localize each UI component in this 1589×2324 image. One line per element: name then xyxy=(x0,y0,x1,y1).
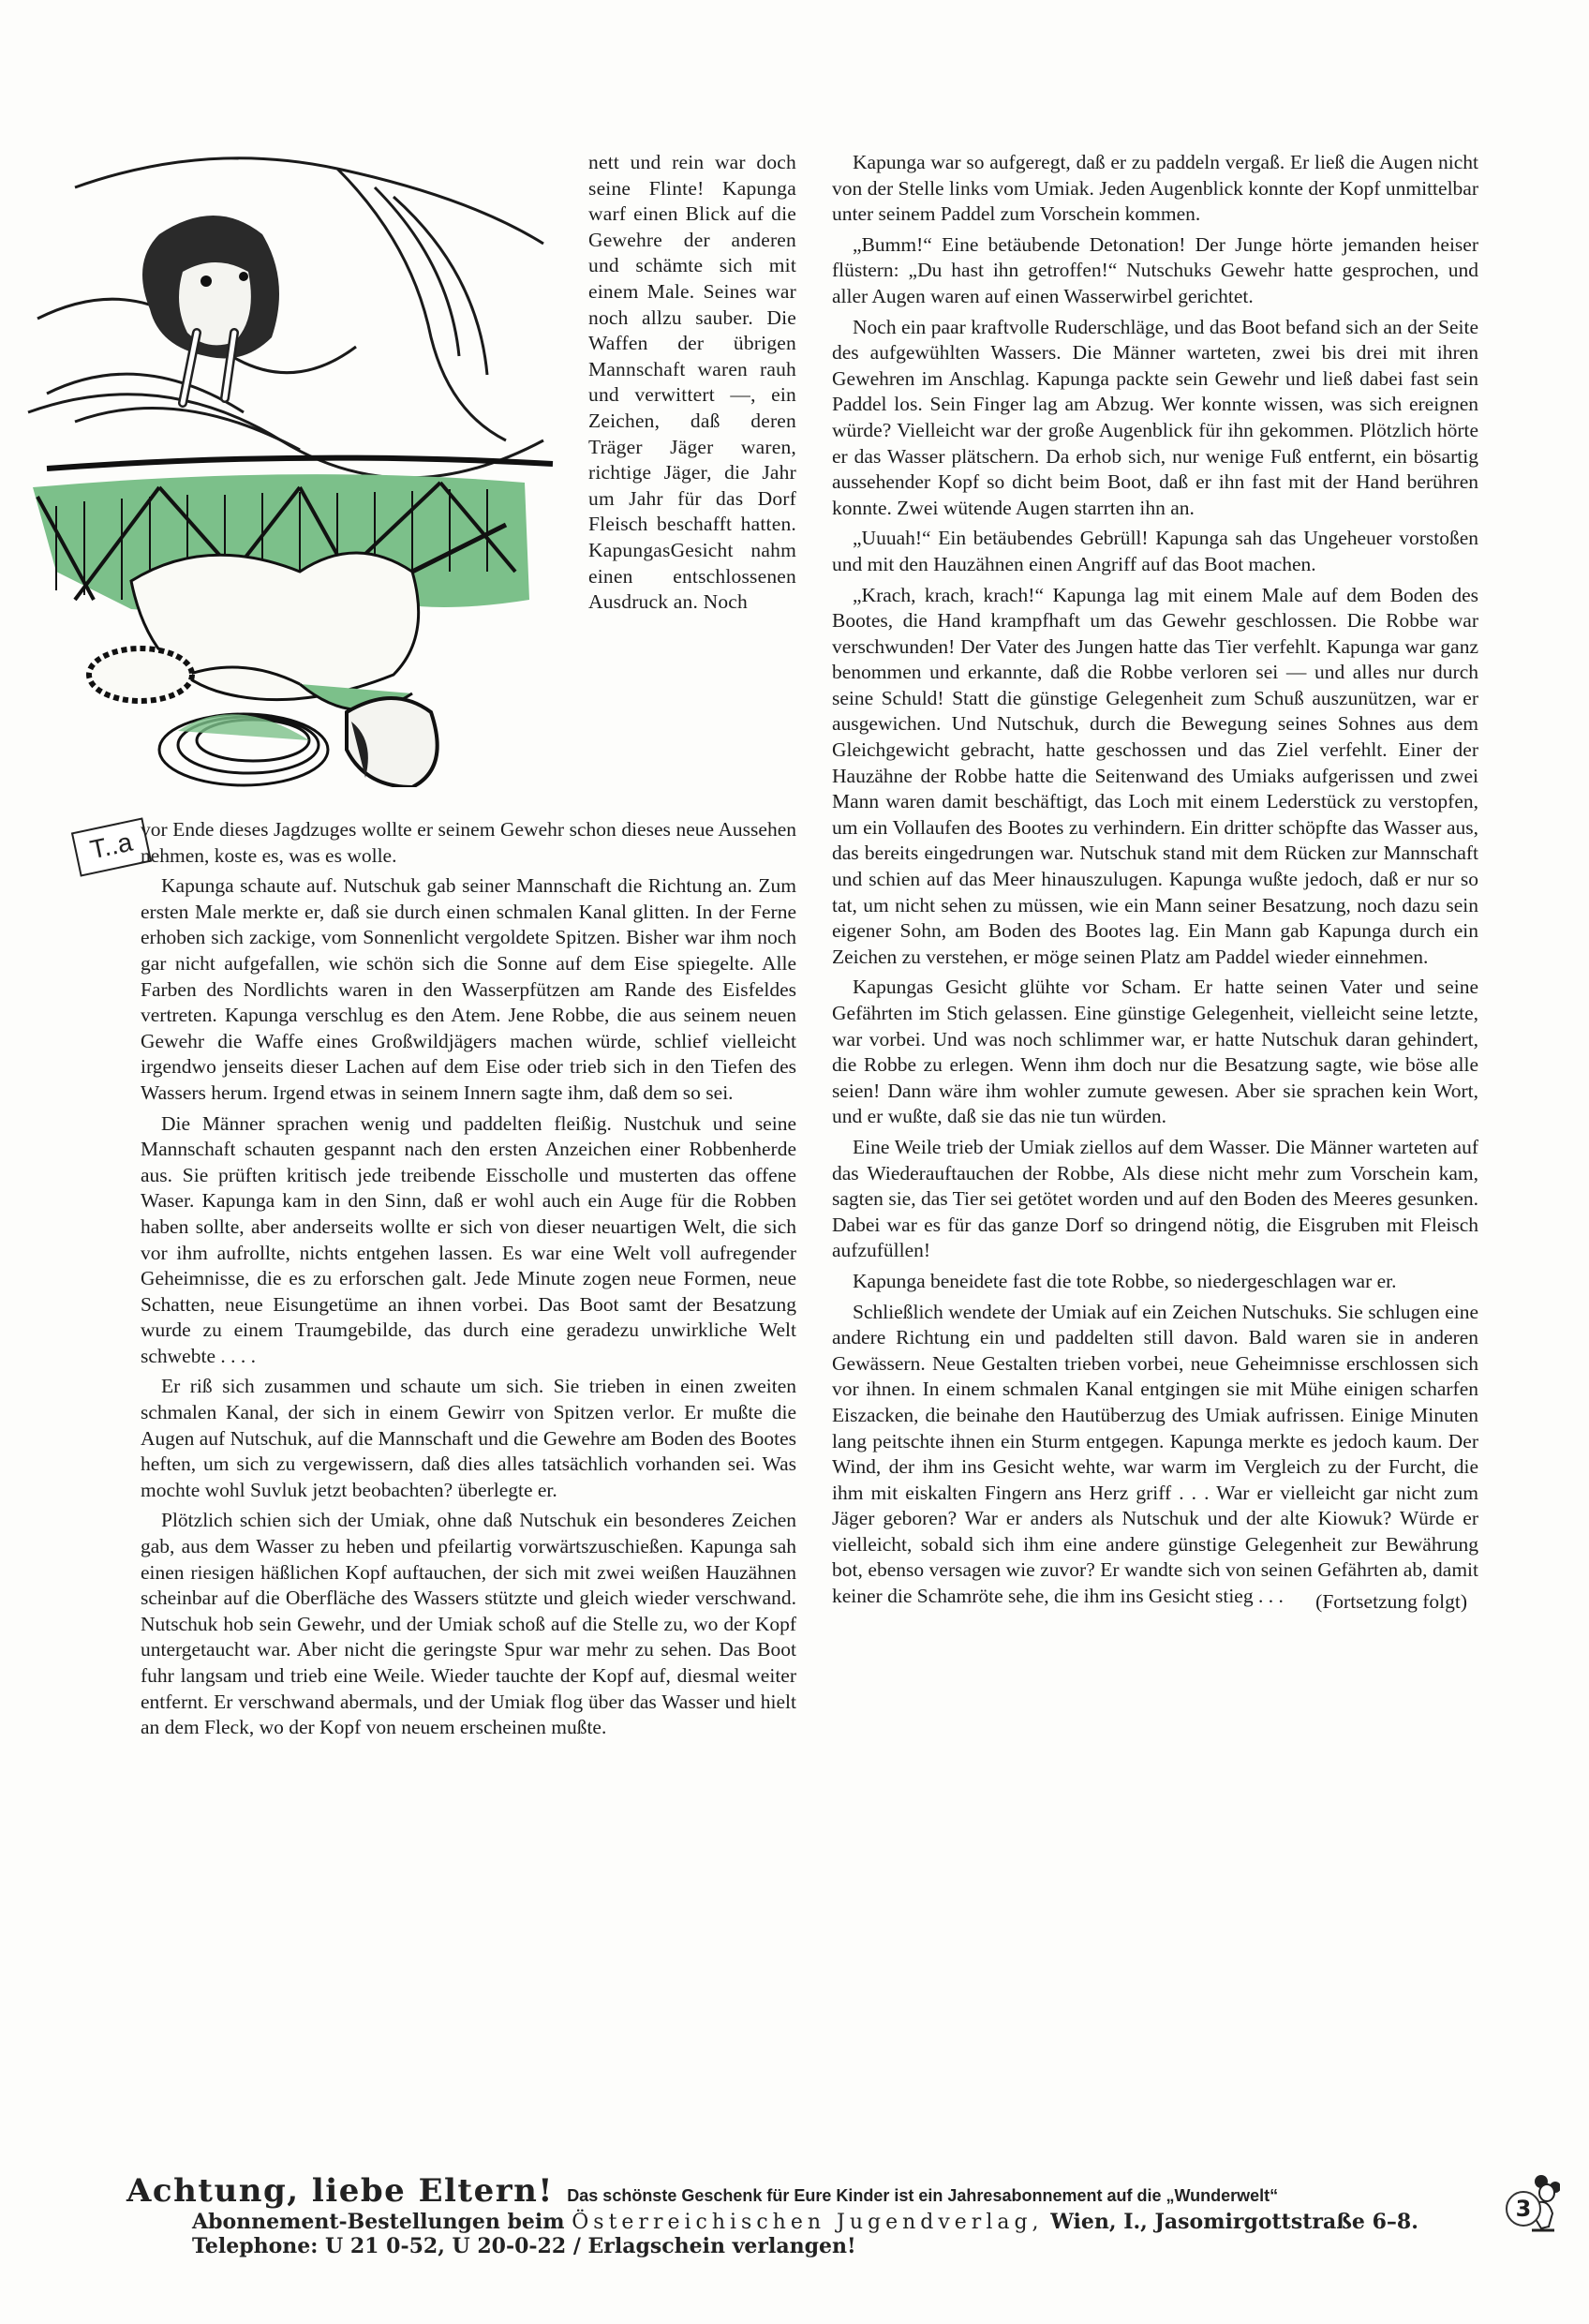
paragraph: Kapunga schaute auf. Nutschuk gab seiner… xyxy=(141,873,796,1106)
notice-text: Das schönste Geschenk für Eure Kinder is… xyxy=(567,2186,1278,2205)
paragraph: Noch ein paar kraftvolle Ruderschläge, u… xyxy=(832,315,1478,522)
notice-headline: Achtung, liebe Eltern! xyxy=(126,2172,554,2210)
publisher-name: Österreichischen Jugendverlag, xyxy=(572,2211,1043,2234)
paragraph: Die Männer sprachen wenig und paddelten … xyxy=(141,1111,796,1370)
magazine-page: T..a nett und rein war doch seine Flinte… xyxy=(0,0,1589,2324)
narrow-text-column: nett und rein war doch seine Flinte! Kap… xyxy=(588,150,796,620)
right-text-column: Kapunga war so aufgeregt, daß er zu padd… xyxy=(832,150,1478,1615)
paragraph: Schließlich wendete der Umiak auf ein Ze… xyxy=(832,1300,1478,1610)
telephone-line: Telephone: U 21 0-52, U 20-0-22 / Erlags… xyxy=(192,2234,1476,2258)
paragraph: Kapunga war so aufgeregt, daß er zu padd… xyxy=(832,150,1478,228)
paragraph: vor Ende dieses Jagdzuges wollte er sein… xyxy=(141,817,796,869)
paragraph: „Krach, krach, krach!“ Kapunga lag mit e… xyxy=(832,583,1478,971)
paragraph: nett und rein war doch seine Flinte! Kap… xyxy=(588,150,796,616)
publisher-address: Wien, I., Jasomirgottstraße 6–8. xyxy=(1050,2210,1418,2234)
paragraph: Er riß sich zusammen und schaute um sich… xyxy=(141,1374,796,1503)
left-text-column: vor Ende dieses Jagdzuges wollte er sein… xyxy=(141,817,796,1746)
illustration-drawing xyxy=(19,131,572,787)
page-number: 3 xyxy=(1506,2191,1541,2227)
order-prefix: Abonnement-Bestellungen beim xyxy=(192,2210,565,2234)
paragraph: Eine Weile trieb der Umiak ziellos auf d… xyxy=(832,1135,1478,1264)
paragraph: Plötzlich schien sich der Umiak, ohne da… xyxy=(141,1508,796,1740)
paragraph: Kapunga beneidete fast die tote Robbe, s… xyxy=(832,1269,1478,1295)
walrus-hunt-illustration: T..a xyxy=(19,131,572,787)
paragraph: „Uuuah!“ Ein betäubendes Gebrüll! Kapung… xyxy=(832,526,1478,577)
paragraph: „Bumm!“ Eine betäubende Detonation! Der … xyxy=(832,232,1478,310)
page-number-mascot: 3 xyxy=(1504,2172,1560,2238)
subscription-notice: Achtung, liebe Eltern! Das schönste Gesc… xyxy=(126,2172,1476,2258)
paragraph: Kapungas Gesicht glühte vor Scham. Er ha… xyxy=(832,975,1478,1130)
